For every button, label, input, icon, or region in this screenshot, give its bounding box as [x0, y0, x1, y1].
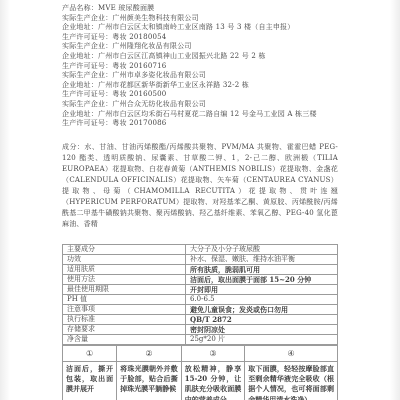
table-row: 执行标准 QB/T 2872 [63, 314, 338, 324]
spec-label: 存储要求 [63, 324, 186, 334]
step-description: 放松精神，静享 15-20 分钟，让肌肤充分吸收面膜中的营养成分 [181, 361, 245, 400]
spec-label: 执行标准 [63, 314, 186, 324]
spec-value: 密封阴凉处 [186, 324, 338, 334]
product-name-line: 产品名称：MVE 玻尿酸面膜 [62, 4, 338, 14]
company-address-line: 企业地址：广州市花都区新华街新华工业区永祥路 32-2 栋 [62, 81, 338, 91]
step-description: 取下面膜，轻轻按摩脸部直至剩余精华液完全吸收（根据个人情况，也可将面部剩余精华用… [245, 361, 338, 400]
steps-content-row: 洁面后，撕开包装，取出面膜并展开 将珠光膜朝外并敷于脸部，贴合后撕掉珠光膜平躺静… [63, 361, 338, 400]
manufacturer-info-block: 产品名称：MVE 玻尿酸面膜 实际生产企业：广州颜美生物科技有限公司 企业地址：… [62, 4, 338, 129]
company-address-line: 企业地址：广州市白云区江高镇神山工业园振兴北路 22 号 2 栋 [62, 52, 338, 62]
company-address-line: 企业地址：广州市白云区太和镇南岭工业区南路 13 号 3 楼（自主申报） [62, 23, 338, 33]
spec-value: 所有肤质，脆弱肌可用 [186, 264, 338, 274]
manufacturer-line: 实际生产企业：广州隆翔化妆品有限公司 [62, 42, 338, 52]
table-row: 注意事项 避免儿童误食；发炎或伤口勿用 [63, 304, 338, 314]
step-number: ② [117, 345, 182, 361]
table-row: 主要成分 大分子及小分子玻尿酸 [63, 244, 338, 254]
spec-label: 主要成分 [63, 244, 186, 254]
step-description: 将珠光膜朝外并敷于脸部，贴合后撕掉珠光膜平躺静候 [117, 361, 182, 400]
spec-value: 补水、保湿、嫩肤、维持水油平衡 [186, 254, 338, 264]
license-number-line: 生产许可证号：粤妆 20170086 [62, 119, 338, 129]
manufacturer-line: 实际生产企业：广州市卓多姿化妆品有限公司 [62, 71, 338, 81]
usage-steps-table: ① ② ③ ④ 洁面后，撕开包装，取出面膜并展开 将珠光膜朝外并敷于脸部，贴合后… [62, 345, 338, 400]
spec-value: 洁面后，取出面膜于面部 15~20 分钟 [186, 274, 338, 284]
spec-label: 注意事项 [63, 304, 186, 314]
table-row: 最佳使用期限 开封即用 [63, 284, 338, 294]
ingredients-paragraph: 成分：水、甘油、甘油丙烯酸酯/丙烯酸共聚物、PVM/MA 共聚物、霍霍巴蜡 PE… [62, 142, 338, 230]
spec-value: QB/T 2872 [186, 314, 338, 324]
steps-header-row: ① ② ③ ④ [63, 345, 338, 361]
manufacturer-line: 实际生产企业：广州颜美生物科技有限公司 [62, 14, 338, 24]
spec-label: 使用方法 [63, 274, 186, 284]
spec-label: 最佳使用期限 [63, 284, 186, 294]
step-number: ① [63, 345, 117, 361]
spec-value: 大分子及小分子玻尿酸 [186, 244, 338, 254]
step-number: ④ [245, 345, 338, 361]
page-edge-shading-right [390, 0, 400, 400]
step-number: ③ [181, 345, 245, 361]
step-description: 洁面后，撕开包装，取出面膜并展开 [63, 361, 117, 400]
spec-value: 6.0-6.5 [186, 294, 338, 304]
spec-label: 净含量 [63, 334, 186, 344]
spec-value: 开封即用 [186, 284, 338, 294]
spec-value: 25g*20 片 [186, 334, 338, 344]
spec-label: 适用肤质 [63, 264, 186, 274]
spec-label: PH 值 [63, 294, 186, 304]
table-row: 功效 补水、保湿、嫩肤、维持水油平衡 [63, 254, 338, 264]
license-number-line: 生产许可证号：粤妆 20180054 [62, 33, 338, 43]
table-row: PH 值 6.0-6.5 [63, 294, 338, 304]
product-info-document: 产品名称：MVE 玻尿酸面膜 实际生产企业：广州颜美生物科技有限公司 企业地址：… [62, 4, 338, 400]
spec-label: 功效 [63, 254, 186, 264]
table-row: 净含量 25g*20 片 [63, 334, 338, 344]
license-number-line: 生产许可证号：粤妆 20160716 [62, 62, 338, 72]
page-edge-shading-left [0, 0, 10, 400]
spec-table: 主要成分 大分子及小分子玻尿酸 功效 补水、保湿、嫩肤、维持水油平衡 适用肤质 … [62, 244, 338, 345]
manufacturer-line: 实际生产企业：广州合众无纺化妆品有限公司 [62, 100, 338, 110]
table-row: 存储要求 密封阴凉处 [63, 324, 338, 334]
table-row: 适用肤质 所有肤质，脆弱肌可用 [63, 264, 338, 274]
company-address-line: 企业地址：广州市白云区均禾街石马村夏花二路自编 12 号金马工业园 A 栋三楼 [62, 110, 338, 120]
table-row: 使用方法 洁面后，取出面膜于面部 15~20 分钟 [63, 274, 338, 284]
license-number-line: 生产许可证号：粤妆 20160500 [62, 90, 338, 100]
spec-value: 避免儿童误食；发炎或伤口勿用 [186, 304, 338, 314]
